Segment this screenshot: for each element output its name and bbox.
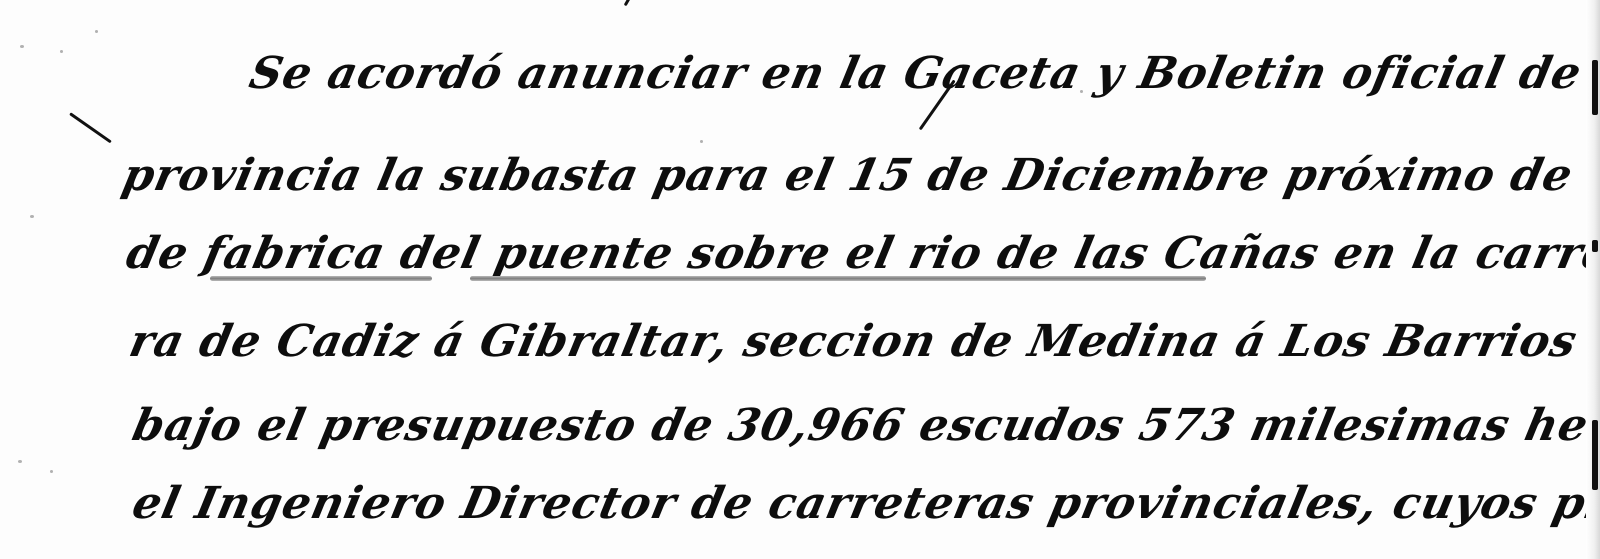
scan-speck (95, 30, 98, 33)
manuscript-page: Se acordó anunciar en la Gaceta y Boleti… (0, 0, 1600, 559)
scan-speck (60, 50, 63, 53)
manuscript-line-6: el Ingeniero Director de carreteras prov… (128, 478, 1600, 529)
ink-stroke (69, 112, 112, 143)
manuscript-line-5: bajo el presupuesto de 30,966 escudos 57… (128, 400, 1600, 451)
scan-edge-mark (1592, 420, 1598, 490)
ink-stroke (624, 0, 635, 6)
highlight-underline-fabrica-del (210, 276, 432, 281)
scan-edge-mark (1592, 240, 1598, 252)
manuscript-line-3: de fabrica del puente sobre el rio de la… (122, 228, 1600, 279)
highlight-underline-puente-canas (470, 276, 1206, 281)
scan-speck (18, 460, 22, 463)
manuscript-line-4: ra de Cadiz á Gibraltar, seccion de Medi… (125, 316, 1582, 367)
scan-speck (20, 45, 24, 48)
manuscript-line-1: Se acordó anunciar en la Gaceta y Boleti… (245, 48, 1600, 99)
manuscript-line-2: provincia la subasta para el 15 de Dicie… (118, 150, 1600, 201)
scan-edge-mark (1592, 60, 1598, 115)
scan-speck (30, 215, 34, 218)
scan-speck (50, 470, 53, 473)
scan-speck (700, 140, 703, 143)
